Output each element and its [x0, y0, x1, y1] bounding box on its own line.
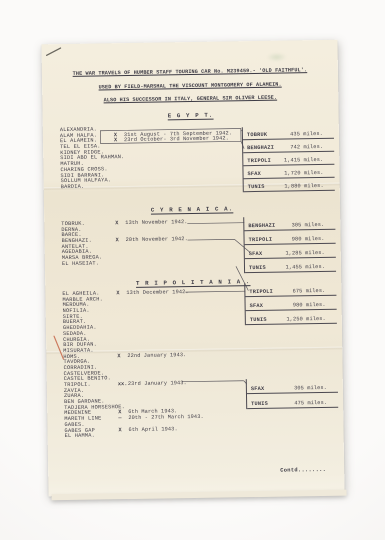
place-name: EL HASEIAT. [62, 261, 99, 267]
document-page: THE WAR TRAVELS OF HUMBER STAFF TOURING … [41, 40, 344, 497]
distance-miles: 980 miles. [293, 302, 326, 309]
distance-place: BENGHAZI [248, 223, 275, 229]
tunisia-distance-table: SFAX305 miles.TUNIS475 miles. [246, 378, 338, 409]
distance-row: TUNIS1,455 miles. [245, 258, 336, 273]
document-title-line-2: USED BY FIELD-MARSHAL THE VISCOUNT MONTG… [42, 81, 338, 92]
distance-miles: 1,720 miles. [284, 170, 323, 177]
distance-place: TRIPOLI [247, 158, 271, 164]
photo-background: { "document": { "titles": [ "THE WAR TRA… [0, 0, 385, 540]
distance-row: TRIPOLI675 miles. [245, 282, 336, 297]
distance-row: SFAX305 miles. [247, 378, 338, 394]
distance-row: SFAX980 miles. [245, 296, 336, 311]
green-smudge-mark [267, 53, 287, 62]
distance-miles: 742 miles. [290, 144, 323, 151]
place-name: EL HAMMA. [65, 434, 96, 440]
distance-place: BENGHAZI [247, 145, 274, 151]
distance-miles: 1,880 miles. [284, 183, 323, 190]
section-header-egypt: E G Y P T. [43, 110, 339, 122]
distance-row: BENGHAZI305 miles. [244, 216, 335, 231]
distance-miles: 980 miles. [292, 236, 325, 243]
continued-footer: Contd........ [48, 467, 326, 477]
distance-place: TUNIS [251, 401, 268, 407]
distance-place: TUNIS [250, 317, 267, 323]
distance-row: TUNIS475 miles. [247, 393, 338, 409]
distance-miles: 1,455 miles. [286, 264, 325, 271]
distance-miles: 1,415 miles. [284, 157, 323, 164]
distance-place: TOBRUK [247, 132, 267, 138]
distance-miles: 305 miles. [294, 385, 327, 392]
document-title-line-1: THE WAR TRAVELS OF HUMBER STAFF TOURING … [42, 67, 338, 78]
distance-place: SFAX [249, 251, 263, 257]
distance-place: SFAX [250, 303, 264, 309]
distance-miles: 675 miles. [293, 288, 326, 295]
distance-row: SFAX1,285 miles. [245, 244, 336, 259]
distance-miles: 1,285 miles. [285, 250, 324, 257]
distance-miles: 1,250 miles. [286, 316, 325, 323]
distance-place: TUNIS [249, 265, 266, 271]
distance-miles: 435 miles. [290, 131, 323, 138]
cyrenaica-distance-table: BENGHAZI305 miles.TRIPOLI980 miles.SFAX1… [243, 216, 336, 273]
distance-row: TUNIS1,880 miles. [244, 178, 335, 193]
distance-place: TRIPOLI [249, 237, 273, 243]
distance-row: TRIPOLI980 miles. [244, 230, 335, 245]
document-title-line-3: ALSO HIS SUCCESSOR IN ITALY, GENERAL SIR… [42, 94, 338, 105]
egypt-distance-table: TOBRUK435 miles.BENGHAZI742 miles.TRIPOL… [242, 126, 335, 193]
distance-place: TUNIS [248, 184, 265, 190]
distance-place: SFAX [251, 386, 265, 392]
place-name: BARDIA. [61, 185, 85, 191]
tripolitania-distance-table: TRIPOLI675 miles.SFAX980 miles.TUNIS1,25… [244, 282, 337, 325]
distance-row: TUNIS1,250 miles. [246, 310, 337, 325]
section-header-cyrenaica: C Y R E N A I C A. [44, 204, 340, 216]
distance-miles: 305 miles. [291, 222, 324, 229]
pencil-slash-icon [47, 48, 61, 55]
distance-place: SFAX [247, 171, 261, 177]
distance-place: TRIPOLI [249, 289, 273, 295]
distance-miles: 475 miles. [294, 400, 327, 407]
red-pencil-mark-icon [54, 336, 63, 359]
